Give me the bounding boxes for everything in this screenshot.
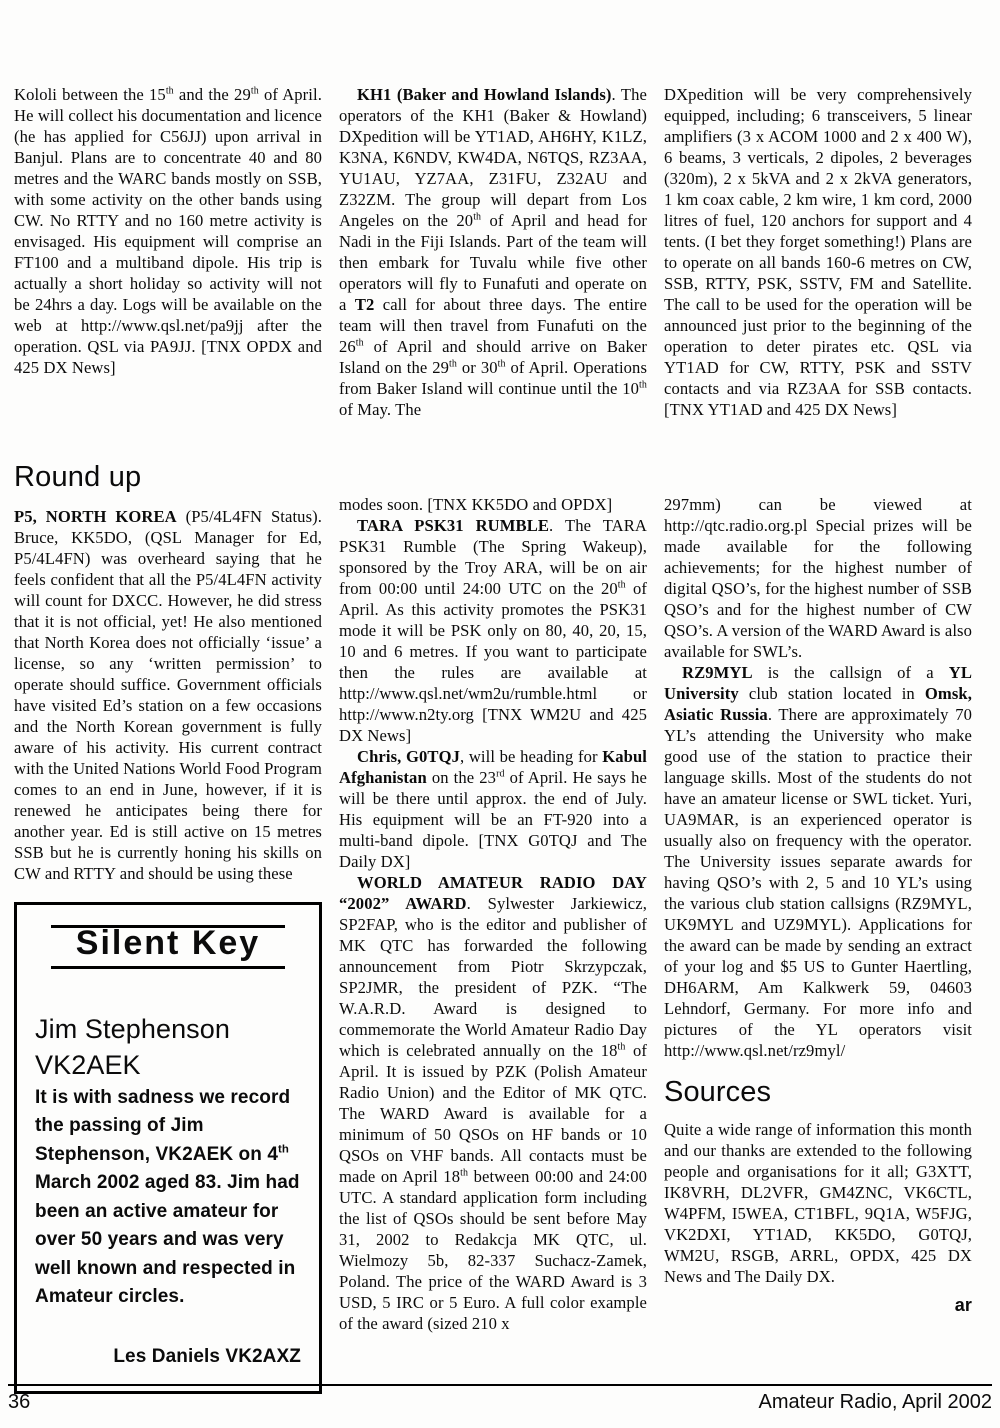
kh1-paragraph: KH1 (Baker and Howland Islands). The ope… — [339, 84, 647, 420]
rz9myl-paragraph: RZ9MYL is the callsign of a YL Universit… — [664, 662, 972, 1061]
silent-key-name-line1: Jim Stephenson — [35, 1011, 301, 1047]
column-left-top-block: Kololi between the 15th and the 29th of … — [14, 84, 322, 466]
silent-key-box: Silent Key Jim Stephenson VK2AEK It is w… — [14, 902, 322, 1394]
article-end-mark: ar — [664, 1295, 972, 1316]
award-continuation-paragraph: 297mm) can be viewed at http://qtc.radio… — [664, 494, 972, 662]
silent-key-heading: Silent Key — [76, 924, 260, 962]
column-left: Kololi between the 15th and the 29th of … — [14, 84, 322, 1394]
intro-paragraph: Kololi between the 15th and the 29th of … — [14, 84, 322, 378]
column-right-top-block: DXpedition will be very comprehensively … — [664, 84, 972, 466]
page-footer: 36 Amateur Radio, April 2002 — [8, 1384, 992, 1414]
silent-key-body: It is with sadness we record the passing… — [35, 1084, 301, 1312]
silent-key-heading-rules: Silent Key — [51, 925, 285, 969]
modes-continuation-paragraph: modes soon. [TNX KK5DO and OPDX] — [339, 494, 647, 515]
p5-north-korea-paragraph: P5, NORTH KOREA (P5/4L4FN Status). Bruce… — [14, 506, 322, 884]
sources-heading: Sources — [664, 1077, 972, 1109]
roundup-heading: Round up — [14, 462, 322, 494]
column-right: DXpedition will be very comprehensively … — [664, 84, 972, 1394]
silent-key-name: Jim Stephenson VK2AEK — [35, 1011, 301, 1084]
magazine-page: Kololi between the 15th and the 29th of … — [0, 0, 1000, 1428]
silent-key-callsign: VK2AEK — [35, 1047, 301, 1083]
article-columns: Kololi between the 15th and the 29th of … — [14, 84, 992, 1394]
ward-award-paragraph: WORLD AMATEUR RADIO DAY “2002” AWARD. Sy… — [339, 872, 647, 1334]
silent-key-signature: Les Daniels VK2AXZ — [35, 1346, 301, 1367]
tara-psk31-paragraph: TARA PSK31 RUMBLE. The TARA PSK31 Rumble… — [339, 515, 647, 746]
dxpedition-continuation-paragraph: DXpedition will be very comprehensively … — [664, 84, 972, 420]
column-middle-top-block: KH1 (Baker and Howland Islands). The ope… — [339, 84, 647, 466]
chris-g0tqj-paragraph: Chris, G0TQJ, will be heading for Kabul … — [339, 746, 647, 872]
column-middle: KH1 (Baker and Howland Islands). The ope… — [339, 84, 647, 1394]
journal-title: Amateur Radio, April 2002 — [759, 1391, 992, 1414]
sources-paragraph: Quite a wide range of information this m… — [664, 1119, 972, 1287]
page-number: 36 — [8, 1391, 30, 1414]
